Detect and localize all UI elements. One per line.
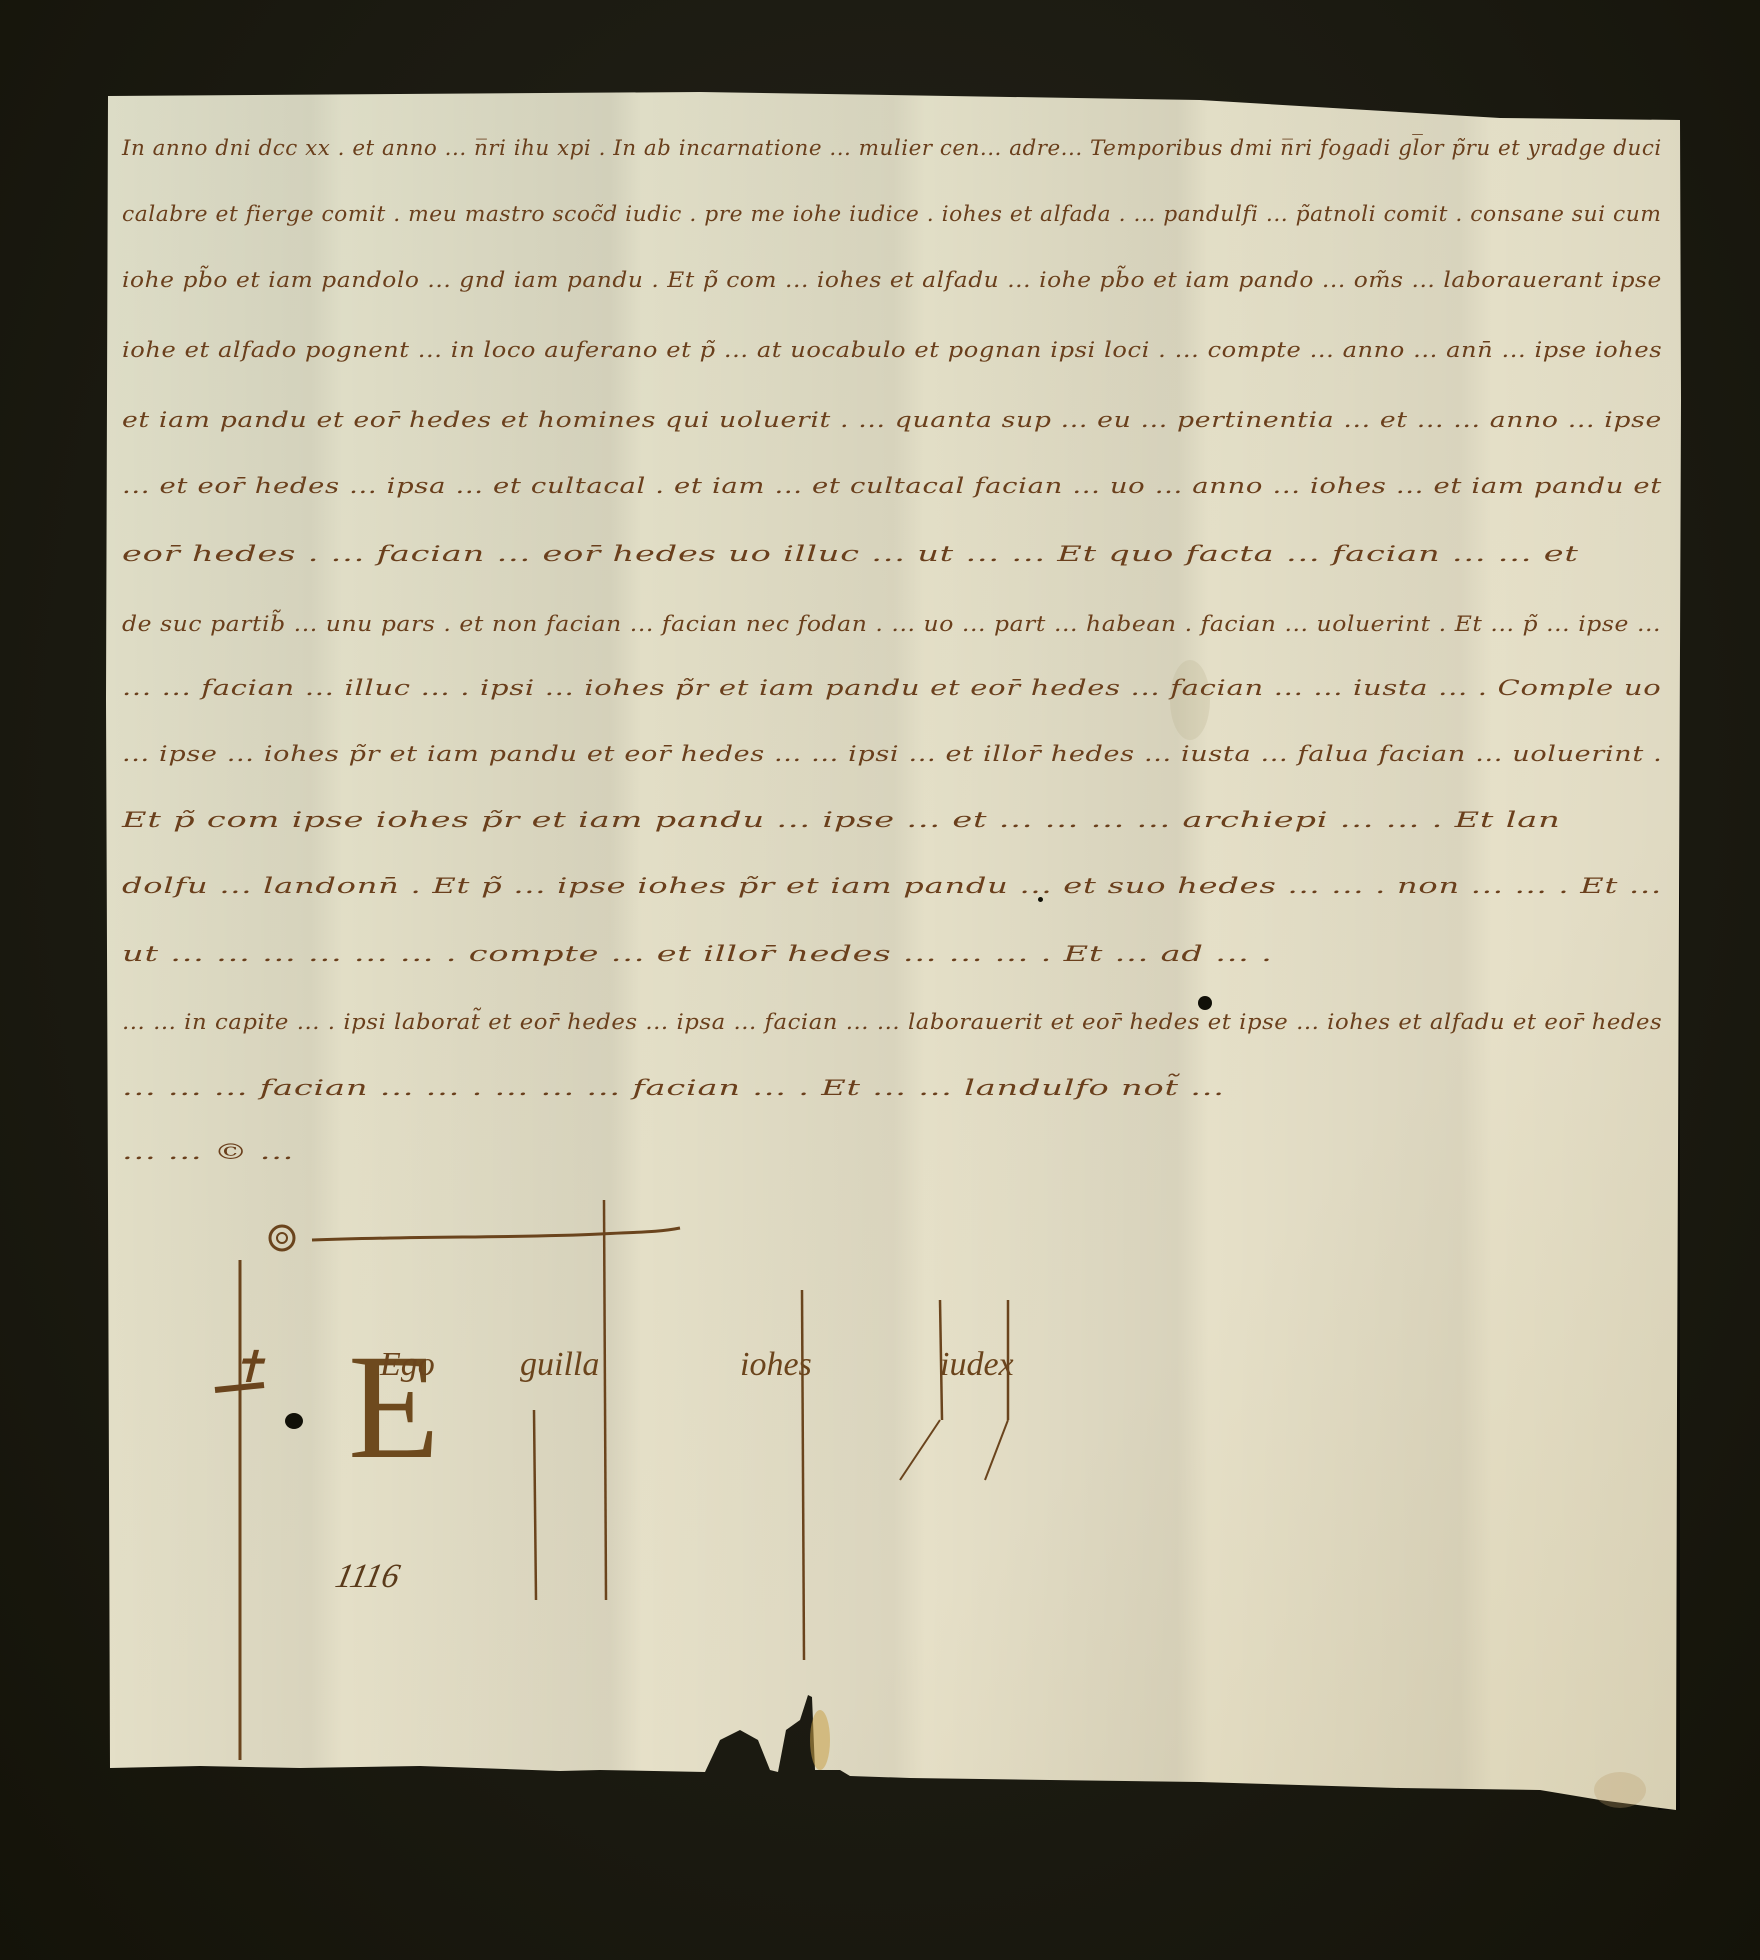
parchment-hole: [285, 1413, 303, 1429]
text-line: de suc partib̃ ... unu pars . et non fac…: [122, 612, 1661, 636]
parchment-shape: [0, 0, 1760, 1960]
subscription-word: iohes: [740, 1346, 812, 1384]
text-line: calabre et fierge comit . meu mastro sco…: [122, 202, 1662, 226]
subscription-word: Ego: [380, 1346, 435, 1384]
text-line: iohe pb̃o et iam pandolo ... gnd iam pan…: [122, 268, 1662, 292]
text-line: ... ipse ... iohes p̃r et iam pandu et e…: [122, 742, 1662, 766]
text-line: dolfu ... landonn̄ . Et p̃ ... ipse iohe…: [122, 874, 1662, 898]
text-line: ... et eor̄ hedes ... ipsa ... et cultac…: [122, 474, 1662, 498]
text-line: iohe et alfado pognent ... in loco aufer…: [122, 338, 1662, 362]
text-line: ... ... facian ... illuc ... . ipsi ... …: [122, 676, 1661, 700]
text-line: et iam pandu et eor̄ hedes et homines qu…: [122, 408, 1662, 432]
subscription-word: iudex: [940, 1346, 1014, 1384]
text-line: eor̄ hedes . ... facian ... eor̄ hedes u…: [122, 542, 1579, 566]
text-line: ut ... ... ... ... ... ... . compte ... …: [122, 942, 1273, 966]
archive-number: 1116: [332, 1558, 403, 1596]
subscription-word: guilla: [520, 1346, 599, 1384]
parchment-sheet: [0, 0, 1760, 1960]
text-line: ... ... in capite ... . ipsi laborat̃ et…: [122, 1010, 1662, 1034]
text-line: ... ... © ...: [122, 1140, 294, 1164]
parchment-hole: [1198, 996, 1212, 1010]
subscription-cross-icon: ✝: [230, 1342, 267, 1393]
text-line: In anno dni dcc xx . et anno ... n̅ri ih…: [122, 136, 1662, 160]
text-line: ... ... ... facian ... ... . ... ... ...…: [122, 1076, 1225, 1100]
text-line: Et p̃ com ipse iohes p̃r et iam pandu ..…: [122, 808, 1561, 832]
